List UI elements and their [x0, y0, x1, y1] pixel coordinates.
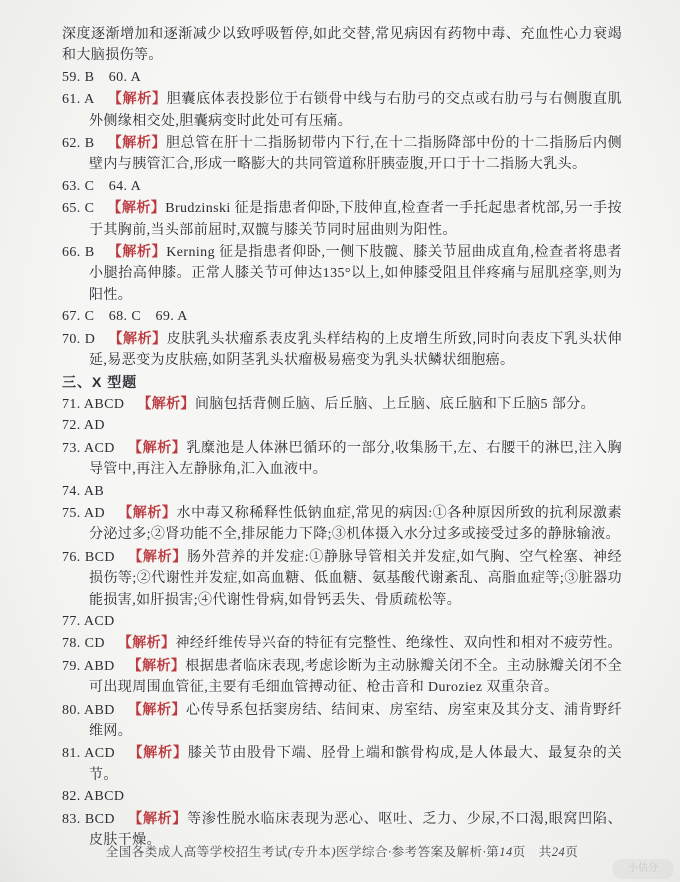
analysis-label: 【解析】 — [108, 90, 167, 106]
analysis-label: 【解析】 — [118, 634, 176, 650]
answer-row-78: 78. CD【解析】神经纤维传导兴奋的特征有完整性、绝缘性、双向性和相对不疲劳性… — [62, 632, 622, 654]
answer-row-82: 82. ABCD — [62, 786, 622, 807]
answer-row-81: 81. ACD【解析】膝关节由股骨下端、胫骨上端和髌骨构成,是人体最大、最复杂的… — [62, 742, 622, 786]
analysis-label: 【解析】 — [108, 330, 166, 346]
answer-row-77: 77. ACD — [62, 611, 622, 632]
analysis-label: 【解析】 — [128, 439, 187, 455]
analysis-label: 【解析】 — [128, 810, 187, 826]
answer-row-74: 74. AB — [62, 481, 622, 502]
answer-row-75: 75. AD【解析】水中毒又称稀释性低钠血症,常见的病因:①各种原因所致的抗利尿… — [62, 502, 622, 546]
answer-row-65: 65. C【解析】Brudzinski 征是指患者仰卧,下肢伸直,检查者一手托起… — [62, 197, 622, 241]
answer-row-72: 72. AD — [62, 415, 622, 436]
answer-numbers: 59. B 60. A — [62, 70, 141, 85]
answer-numbers: 71. ABCD — [62, 397, 124, 412]
analysis-label: 【解析】 — [108, 134, 167, 150]
document-page: 深度逐渐增加和逐渐减少以致呼吸暂停,如此交替,常见病因有药物中毒、充血性心力衰竭… — [0, 0, 680, 882]
answer-numbers: 62. B — [62, 136, 95, 151]
answer-numbers: 83. BCD — [62, 812, 115, 827]
answer-row-62: 62. B【解析】胆总管在肝十二指肠韧带内下行,在十二指肠降部中份的十二指肠后内… — [62, 132, 622, 176]
analysis-label: 【解析】 — [128, 744, 188, 760]
answer-numbers: 77. ACD — [62, 614, 115, 629]
analysis-label: 【解析】 — [128, 548, 187, 564]
analysis-label: 【解析】 — [108, 243, 167, 259]
explanation-text: 间脑包括背侧丘脑、后丘脑、上丘脑、底丘脑和下丘脑5 部分。 — [195, 397, 595, 412]
analysis-label: 【解析】 — [128, 701, 186, 717]
answer-numbers: 63. C 64. A — [62, 179, 141, 194]
answer-numbers: 73. ACD — [62, 441, 115, 456]
analysis-label: 【解析】 — [137, 395, 195, 411]
answer-row-67-69: 67. C 68. C 69. A — [62, 306, 622, 327]
answer-row-79: 79. ABD【解析】根据患者临床表现,考虑诊断为主动脉瓣关闭不全。主动脉瓣关闭… — [62, 655, 622, 699]
answer-row-71: 71. ABCD【解析】间脑包括背侧丘脑、后丘脑、上丘脑、底丘脑和下丘脑5 部分… — [62, 393, 622, 415]
answer-numbers: 66. B — [62, 245, 95, 260]
explanation-text: 神经纤维传导兴奋的特征有完整性、绝缘性、双向性和相对不疲劳性。 — [175, 636, 621, 651]
explanation-text: Kerning 征是指患者仰卧,一侧下肢髋、膝关节屈曲成直角,检查者将患者小腿抬… — [89, 245, 622, 303]
watermark: 小估分 — [612, 859, 674, 879]
analysis-label: 【解析】 — [128, 657, 186, 673]
answer-row-80: 80. ABD【解析】心传导系包括窦房结、结间束、房室结、房室束及其分支、浦肯野… — [62, 699, 622, 743]
answer-numbers: 67. C 68. C 69. A — [62, 309, 188, 324]
answer-numbers: 65. C — [62, 201, 94, 216]
answer-numbers: 74. AB — [62, 484, 104, 499]
answer-numbers: 75. AD — [62, 506, 105, 521]
answer-numbers: 78. CD — [62, 636, 105, 651]
explanation-text: 皮肤乳头状瘤系表皮乳头样结构的上皮增生所致,同时向表皮下乳头状伸延,易恶变为皮肤… — [89, 332, 622, 368]
answer-numbers: 70. D — [62, 332, 95, 347]
analysis-label: 【解析】 — [118, 504, 176, 520]
answer-row-61: 61. A【解析】胆囊底体表投影位于右锁骨中线与右肋弓的交点或右肋弓与右侧腹直肌… — [62, 88, 622, 132]
answer-numbers: 72. AD — [62, 418, 105, 433]
analysis-label: 【解析】 — [107, 199, 165, 215]
answer-row-59-60: 59. B 60. A — [62, 67, 622, 88]
answer-row-66: 66. B【解析】Kerning 征是指患者仰卧,一侧下肢髋、膝关节屈曲成直角,… — [62, 241, 622, 306]
answer-numbers: 61. A — [62, 92, 95, 107]
page-footer: 全国各类成人高等学校招生考试(专升本)医学综合·参考答案及解析·第14页 共24… — [62, 842, 622, 860]
answer-row-73: 73. ACD【解析】乳糜池是人体淋巴循环的一部分,收集肠干,左、右腰干的淋巴,… — [62, 437, 622, 481]
answer-numbers: 76. BCD — [62, 550, 115, 565]
answer-row-70: 70. D【解析】皮肤乳头状瘤系表皮乳头样结构的上皮增生所致,同时向表皮下乳头状… — [62, 328, 622, 372]
explanation-text: 胆囊底体表投影位于右锁骨中线与右肋弓的交点或右肋弓与右侧腹直肌外侧缘相交处,胆囊… — [89, 92, 622, 128]
answer-row-63-64: 63. C 64. A — [62, 176, 622, 197]
answer-row-76: 76. BCD【解析】肠外营养的并发症:①静脉导管相关并发症,如气胸、空气栓塞、… — [62, 546, 622, 611]
answer-numbers: 82. ABCD — [62, 789, 124, 804]
answer-numbers: 79. ABD — [62, 659, 115, 674]
explanation-text: Brudzinski 征是指患者仰卧,下肢伸直,检查者一手托起患者枕部,另一手按… — [89, 201, 622, 237]
answer-numbers: 80. ABD — [62, 703, 115, 718]
section-header-x-type: 三、X 型题 — [62, 372, 622, 393]
carryover-paragraph: 深度逐渐增加和逐渐减少以致呼吸暂停,如此交替,常见病因有药物中毒、充血性心力衰竭… — [62, 24, 622, 67]
answer-numbers: 81. ACD — [62, 746, 115, 761]
explanation-text: 胆总管在肝十二指肠韧带内下行,在十二指肠降部中份的十二指肠后内侧壁内与胰管汇合,… — [89, 136, 622, 172]
